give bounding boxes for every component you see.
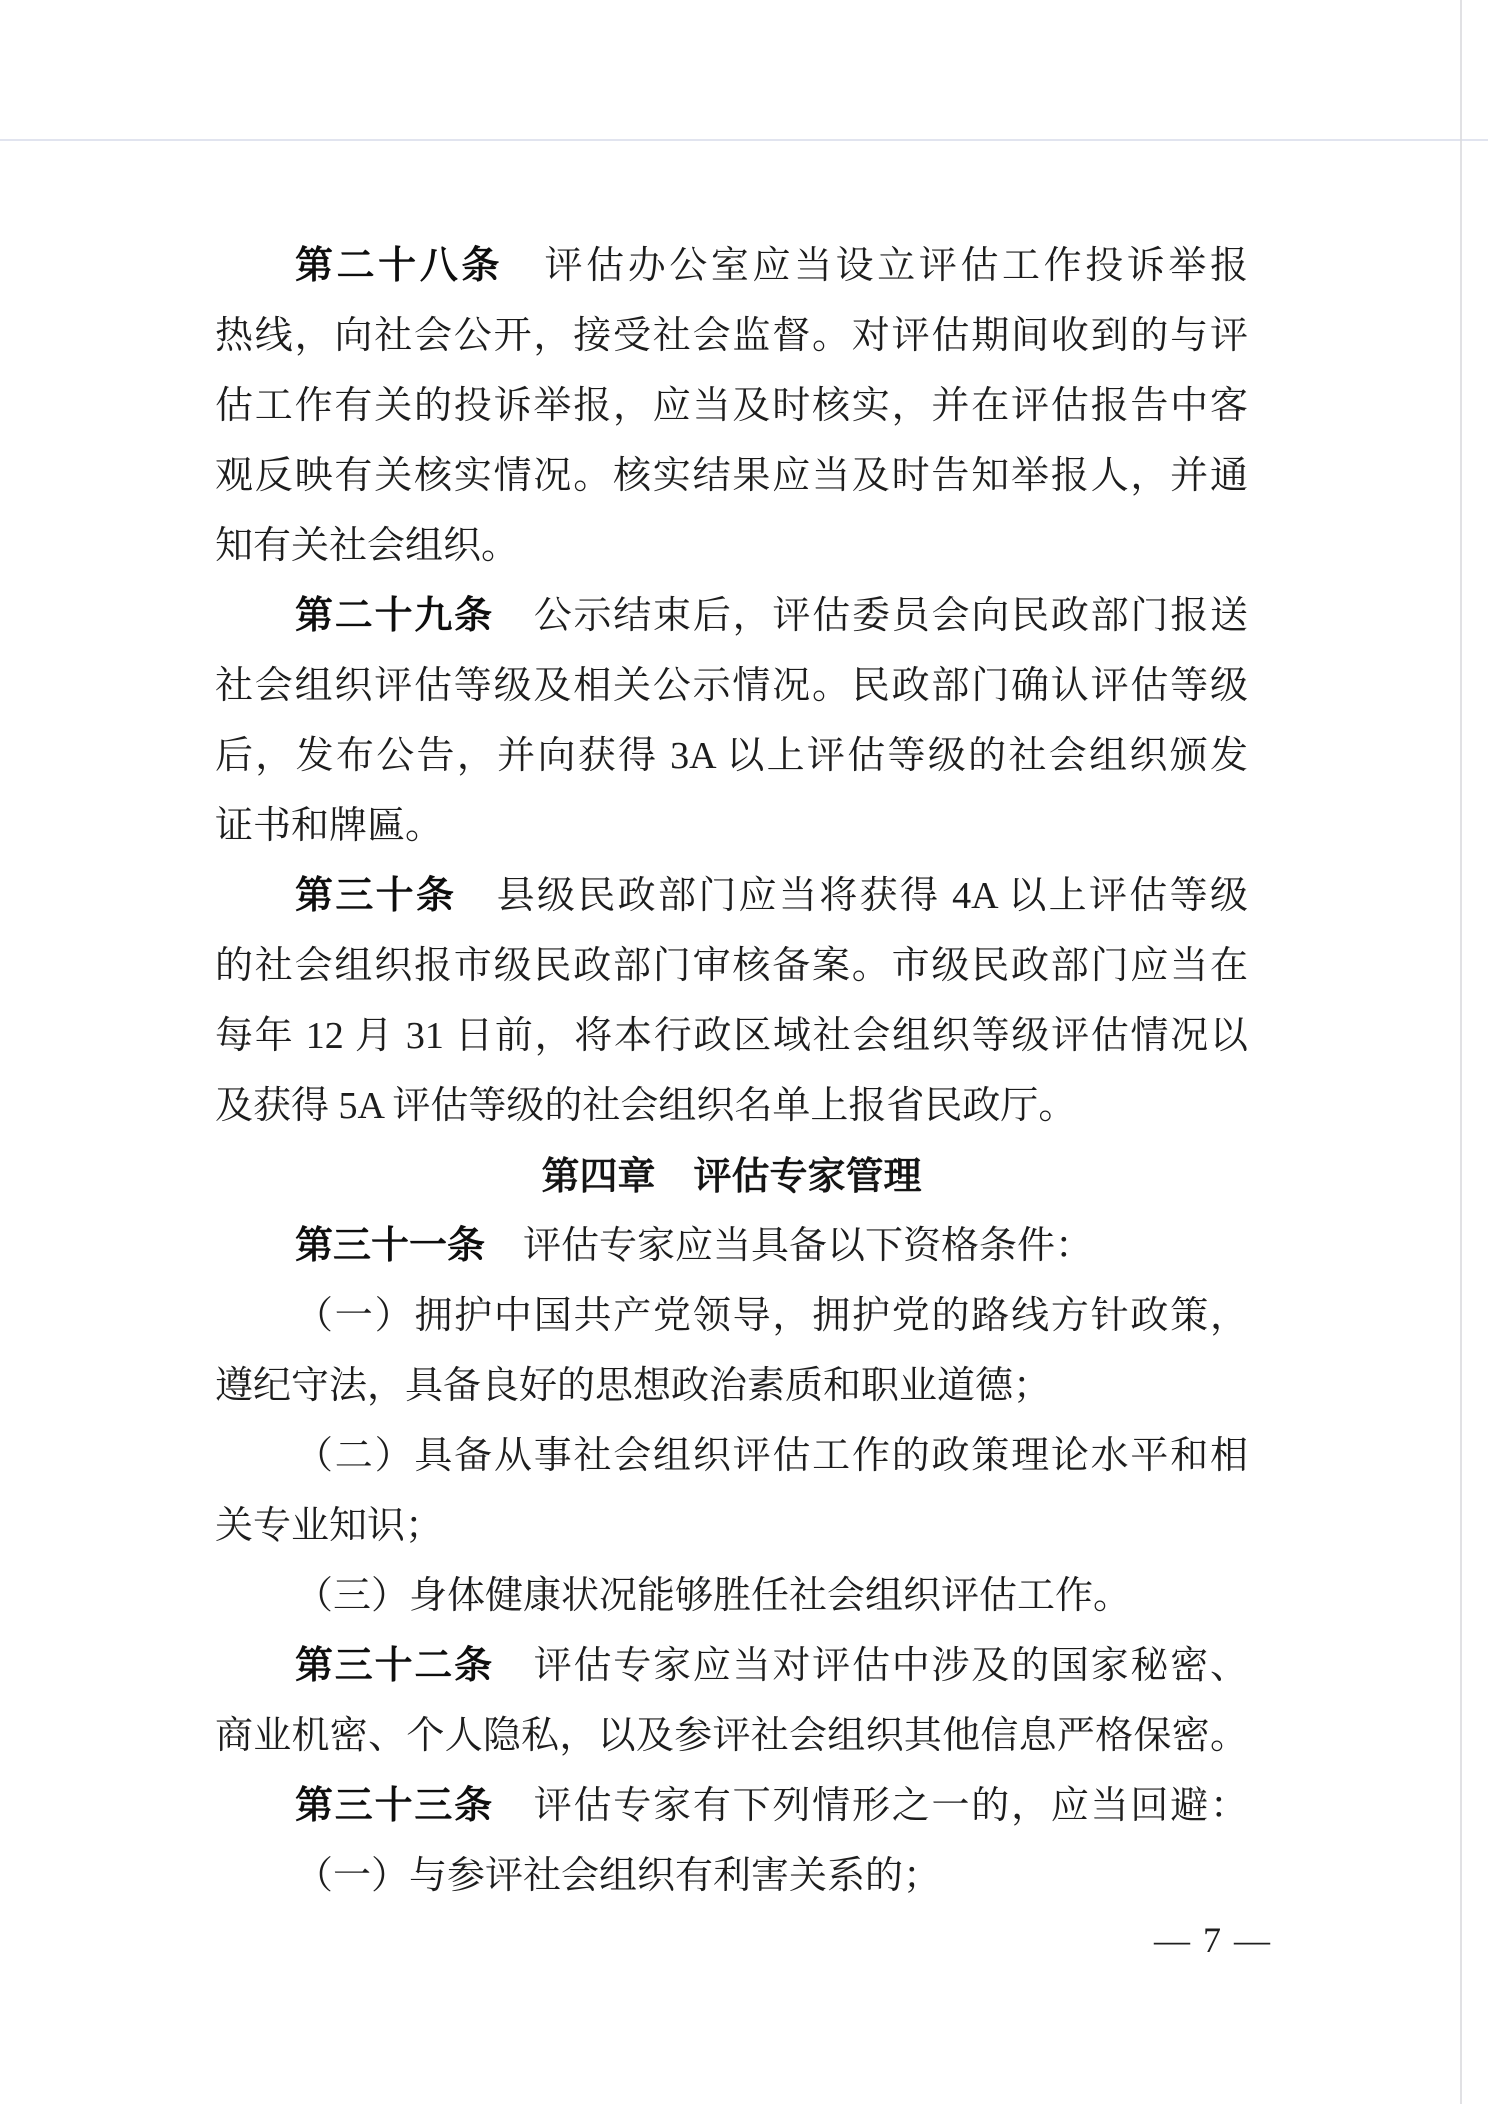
- text-line: 社会组织评估等级及相关公示情况。民政部门确认评估等级: [215, 651, 1248, 721]
- line-text: 评估专家应当具备以下资格条件：: [485, 1225, 1093, 1267]
- document-lines: 第二十八条 评估办公室应当设立评估工作投诉举报热线，向社会公开，接受社会监督。对…: [215, 231, 1248, 1911]
- text-line: （一）拥护中国共产党领导，拥护党的路线方针政策，: [215, 1281, 1248, 1351]
- line-text: 及获得 5A 评估等级的社会组织名单上报省民政厅。: [215, 1085, 1076, 1127]
- article-number: 第二十八条: [295, 245, 503, 287]
- text-line: 商业机密、个人隐私，以及参评社会组织其他信息严格保密。: [215, 1701, 1248, 1771]
- text-line: 第三十条 县级民政部门应当将获得 4A 以上评估等级: [215, 861, 1248, 931]
- text-line: 估工作有关的投诉举报，应当及时核实，并在评估报告中客: [215, 371, 1248, 441]
- line-text: 热线，向社会公开，接受社会监督。对评估期间收到的与评: [215, 315, 1248, 357]
- text-line: （一）与参评社会组织有利害关系的；: [215, 1841, 1248, 1911]
- text-line: 热线，向社会公开，接受社会监督。对评估期间收到的与评: [215, 301, 1248, 371]
- line-text: 评估专家有下列情形之一的，应当回避：: [494, 1785, 1248, 1827]
- text-line: 第三十二条 评估专家应当对评估中涉及的国家秘密、: [215, 1631, 1248, 1701]
- scan-artifact-vertical-line: [1460, 0, 1462, 2104]
- scan-artifact-horizontal-line: [0, 139, 1488, 141]
- article-number: 第二十九条: [295, 595, 494, 637]
- article-number: 第三十条: [295, 875, 456, 917]
- line-text: 估工作有关的投诉举报，应当及时核实，并在评估报告中客: [215, 385, 1248, 427]
- text-line: 遵纪守法，具备良好的思想政治素质和职业道德；: [215, 1351, 1248, 1421]
- text-line: 第三十一条 评估专家应当具备以下资格条件：: [215, 1211, 1248, 1281]
- line-text: 商业机密、个人隐私，以及参评社会组织其他信息严格保密。: [215, 1715, 1248, 1757]
- text-line: 第二十八条 评估办公室应当设立评估工作投诉举报: [215, 231, 1248, 301]
- line-text: 后，发布公告，并向获得 3A 以上评估等级的社会组织颁发: [215, 735, 1248, 777]
- line-text: 第四章 评估专家管理: [541, 1154, 921, 1198]
- text-line: 第二十九条 公示结束后，评估委员会向民政部门报送: [215, 581, 1248, 651]
- line-text: 知有关社会组织。: [215, 525, 519, 567]
- article-number: 第三十一条: [295, 1225, 485, 1267]
- line-text: 县级民政部门应当将获得 4A 以上评估等级: [456, 875, 1248, 917]
- line-text: 评估专家应当对评估中涉及的国家秘密、: [494, 1645, 1248, 1687]
- text-line: 每年 12 月 31 日前，将本行政区域社会组织等级评估情况以: [215, 1001, 1248, 1071]
- line-text: （二）具备从事社会组织评估工作的政策理论水平和相: [295, 1435, 1248, 1477]
- line-text: 关专业知识；: [215, 1505, 443, 1547]
- text-line: 知有关社会组织。: [215, 511, 1248, 581]
- text-line: 关专业知识；: [215, 1491, 1248, 1561]
- line-text: （三）身体健康状况能够胜任社会组织评估工作。: [295, 1575, 1131, 1617]
- line-text: 每年 12 月 31 日前，将本行政区域社会组织等级评估情况以: [215, 1015, 1248, 1057]
- page-number: — 7 —: [1154, 1922, 1272, 1958]
- line-text: 评估办公室应当设立评估工作投诉举报: [503, 245, 1248, 287]
- line-text: 公示结束后，评估委员会向民政部门报送: [494, 595, 1248, 637]
- line-text: （一）拥护中国共产党领导，拥护党的路线方针政策，: [295, 1295, 1248, 1337]
- line-text: 证书和牌匾。: [215, 805, 443, 847]
- text-line: 后，发布公告，并向获得 3A 以上评估等级的社会组织颁发: [215, 721, 1248, 791]
- line-text: 观反映有关核实情况。核实结果应当及时告知举报人，并通: [215, 455, 1248, 497]
- line-text: 社会组织评估等级及相关公示情况。民政部门确认评估等级: [215, 665, 1248, 707]
- chapter-heading: 第四章 评估专家管理: [215, 1141, 1248, 1211]
- article-number: 第三十三条: [295, 1785, 494, 1827]
- article-number: 第三十二条: [295, 1645, 494, 1687]
- text-line: 的社会组织报市级民政部门审核备案。市级民政部门应当在: [215, 931, 1248, 1001]
- document-page: 第二十八条 评估办公室应当设立评估工作投诉举报热线，向社会公开，接受社会监督。对…: [0, 0, 1488, 2104]
- line-text: （一）与参评社会组织有利害关系的；: [295, 1855, 941, 1897]
- line-text: 的社会组织报市级民政部门审核备案。市级民政部门应当在: [215, 945, 1248, 987]
- text-line: （三）身体健康状况能够胜任社会组织评估工作。: [215, 1561, 1248, 1631]
- text-line: （二）具备从事社会组织评估工作的政策理论水平和相: [215, 1421, 1248, 1491]
- text-line: 及获得 5A 评估等级的社会组织名单上报省民政厅。: [215, 1071, 1248, 1141]
- text-line: 第三十三条 评估专家有下列情形之一的，应当回避：: [215, 1771, 1248, 1841]
- line-text: 遵纪守法，具备良好的思想政治素质和职业道德；: [215, 1365, 1051, 1407]
- text-line: 观反映有关核实情况。核实结果应当及时告知举报人，并通: [215, 441, 1248, 511]
- text-line: 证书和牌匾。: [215, 791, 1248, 861]
